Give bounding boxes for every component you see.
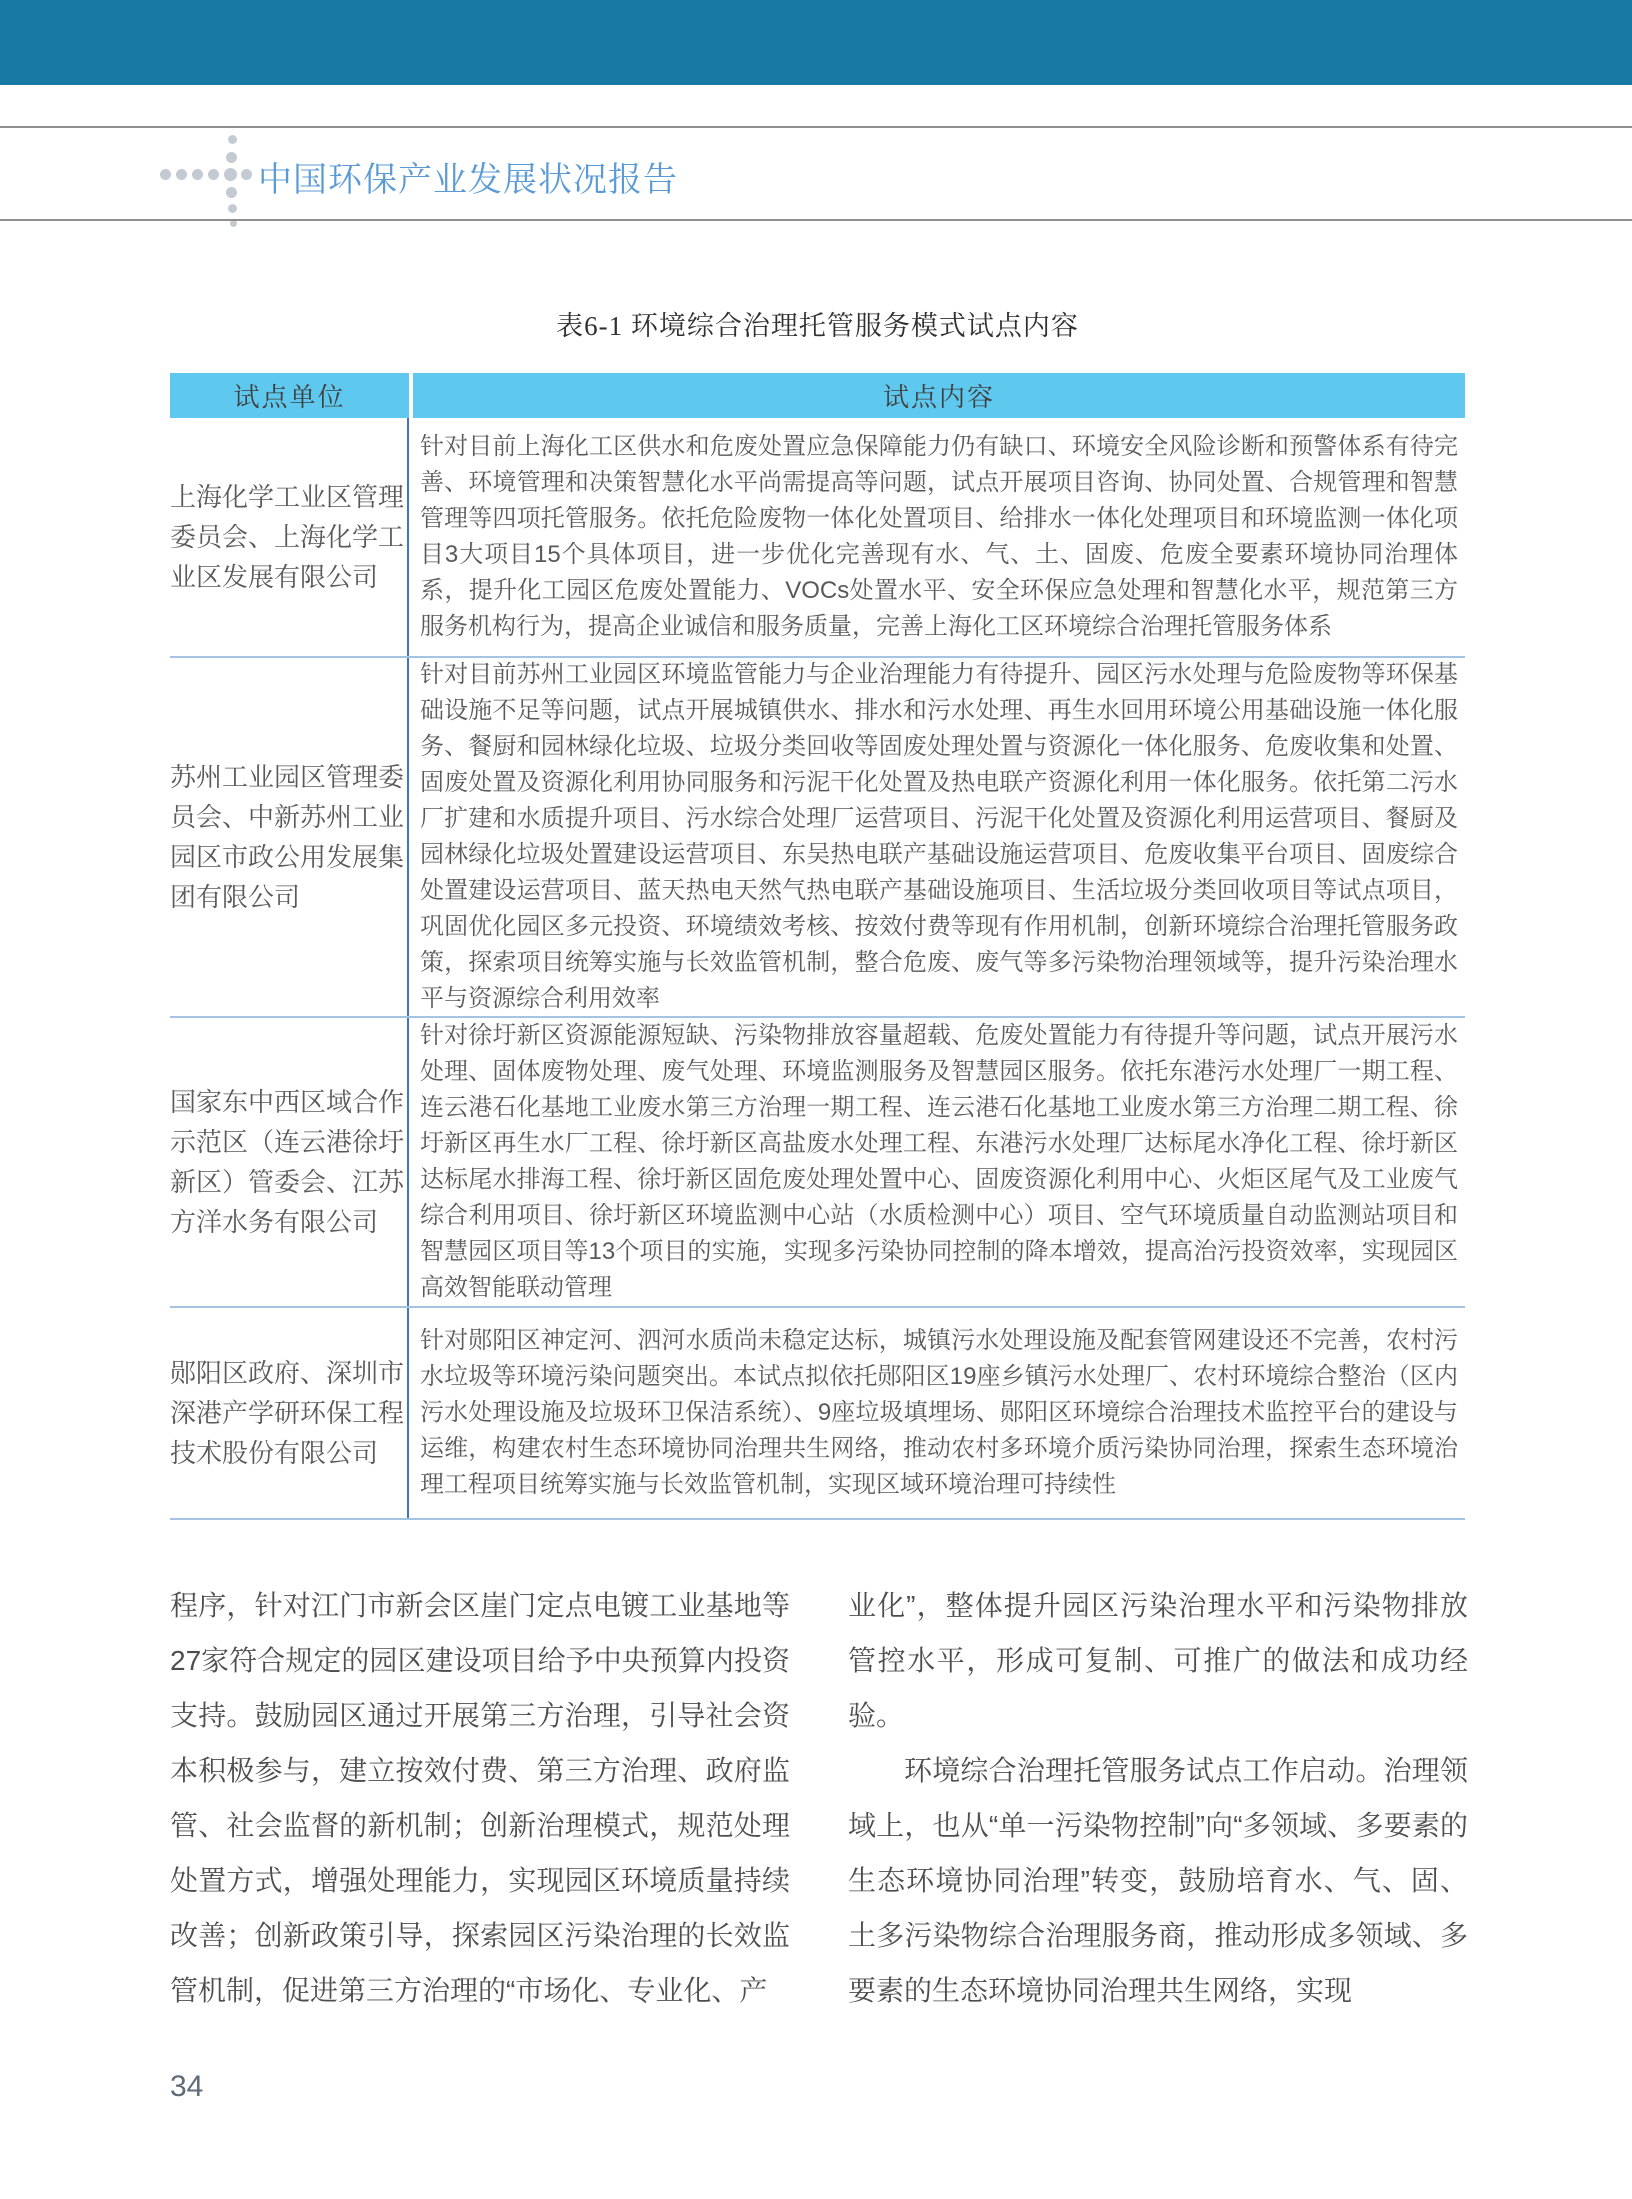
body-paragraph: 业化”，整体提升园区污染治理水平和污染物排放管控水平，形成可复制、可推广的做法和…: [848, 1578, 1468, 1743]
unit-text: 国家东中西区域合作示范区（连云港徐圩新区）管委会、江苏方洋水务有限公司: [170, 1082, 407, 1242]
content-cell: 针对目前苏州工业园区环境监管能力与企业治理能力有待提升、园区污水处理与危险废物等…: [409, 658, 1465, 1016]
content-text: 针对徐圩新区资源能源短缺、污染物排放容量超载、危废处置能力有待提升等问题，试点开…: [420, 1018, 1458, 1306]
unit-cell: 上海化学工业区管理委员会、上海化学工业区发展有限公司: [170, 418, 409, 656]
content-text: 针对目前上海化工区供水和危废处置应急保障能力仍有缺口、环境安全风险诊断和预警体系…: [420, 429, 1458, 645]
report-title: 中国环保产业发展状况报告: [258, 152, 678, 201]
body-left-column: 程序，针对江门市新会区崖门定点电镀工业基地等27家符合规定的园区建设项目给予中央…: [170, 1578, 790, 2018]
table-row: 苏州工业园区管理委员会、中新苏州工业园区市政公用发展集团有限公司 针对目前苏州工…: [170, 658, 1465, 1018]
table-header-row: 试点单位 试点内容: [170, 373, 1465, 418]
table-row: 国家东中西区域合作示范区（连云港徐圩新区）管委会、江苏方洋水务有限公司 针对徐圩…: [170, 1018, 1465, 1308]
pilot-table: 试点单位 试点内容 上海化学工业区管理委员会、上海化学工业区发展有限公司 针对目…: [170, 373, 1465, 1520]
unit-cell: 苏州工业园区管理委员会、中新苏州工业园区市政公用发展集团有限公司: [170, 658, 409, 1016]
report-page: 中国环保产业发展状况报告 表6-1 环境综合治理托管服务模式试点内容 试点单位 …: [0, 0, 1632, 2199]
table-row: 上海化学工业区管理委员会、上海化学工业区发展有限公司 针对目前上海化工区供水和危…: [170, 418, 1465, 658]
page-number: 34: [170, 2070, 203, 2104]
unit-cell: 郧阳区政府、深圳市深港产学研环保工程技术股份有限公司: [170, 1308, 409, 1518]
content-text: 针对目前苏州工业园区环境监管能力与企业治理能力有待提升、园区污水处理与危险废物等…: [420, 658, 1458, 1017]
header-top-rule: [0, 126, 1632, 128]
header-bottom-rule: [0, 219, 1632, 221]
body-right-column: 业化”，整体提升园区污染治理水平和污染物排放管控水平，形成可复制、可推广的做法和…: [848, 1578, 1468, 2018]
content-text: 针对郧阳区神定河、泗河水质尚未稳定达标，城镇污水处理设施及配套管网建设还不完善，…: [420, 1323, 1458, 1503]
unit-cell: 国家东中西区域合作示范区（连云港徐圩新区）管委会、江苏方洋水务有限公司: [170, 1018, 409, 1306]
unit-text: 苏州工业园区管理委员会、中新苏州工业园区市政公用发展集团有限公司: [170, 757, 407, 917]
column-header-content: 试点内容: [413, 373, 1465, 418]
table-caption: 表6-1 环境综合治理托管服务模式试点内容: [170, 304, 1465, 343]
content-cell: 针对徐圩新区资源能源短缺、污染物排放容量超载、危废处置能力有待提升等问题，试点开…: [409, 1018, 1465, 1306]
body-paragraph: 程序，针对江门市新会区崖门定点电镀工业基地等27家符合规定的园区建设项目给予中央…: [170, 1578, 790, 2018]
table-row: 郧阳区政府、深圳市深港产学研环保工程技术股份有限公司 针对郧阳区神定河、泗河水质…: [170, 1308, 1465, 1520]
column-header-unit: 试点单位: [170, 373, 409, 418]
unit-text: 郧阳区政府、深圳市深港产学研环保工程技术股份有限公司: [170, 1353, 407, 1473]
body-paragraph: 环境综合治理托管服务试点工作启动。治理领域上，也从“单一污染物控制”向“多领域、…: [848, 1743, 1468, 2018]
top-accent-bar: [0, 0, 1632, 85]
unit-text: 上海化学工业区管理委员会、上海化学工业区发展有限公司: [170, 477, 407, 597]
content-cell: 针对郧阳区神定河、泗河水质尚未稳定达标，城镇污水处理设施及配套管网建设还不完善，…: [409, 1308, 1465, 1518]
content-cell: 针对目前上海化工区供水和危废处置应急保障能力仍有缺口、环境安全风险诊断和预警体系…: [409, 418, 1465, 656]
